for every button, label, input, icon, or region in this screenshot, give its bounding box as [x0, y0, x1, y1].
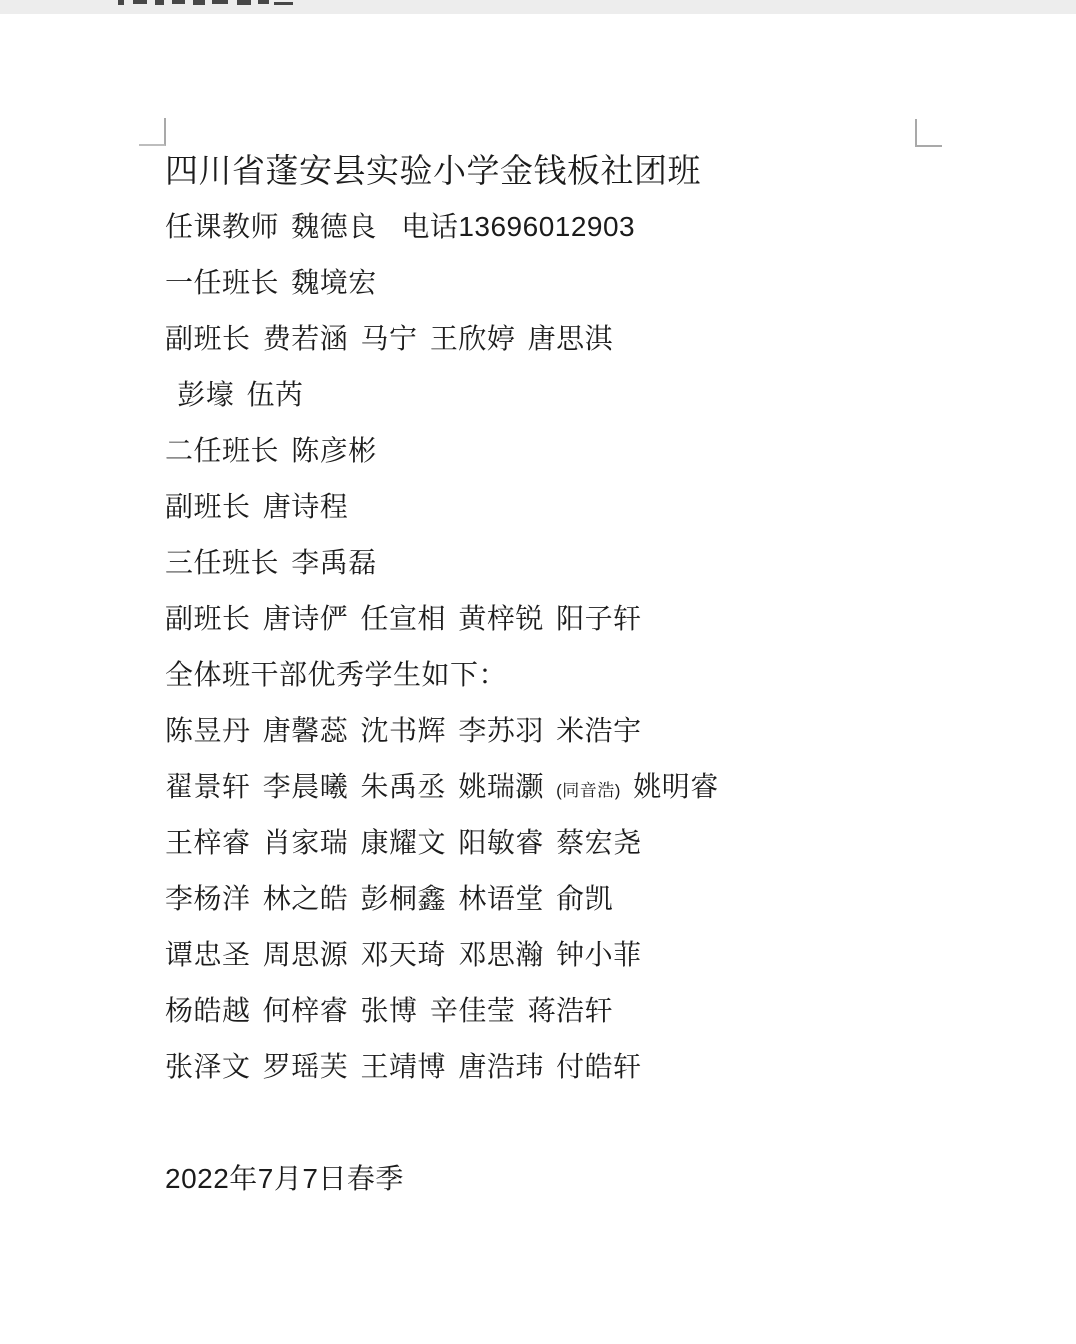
doc-line-heading-students: 全体班干部优秀学生如下： [165, 647, 1016, 703]
doc-line-students-7: 张泽文 罗瑶芙 王靖博 唐浩玮 付皓轩 [165, 1039, 1016, 1095]
doc-line-students-2: 翟景轩 李晨曦 朱禹丞 姚瑞灏 (同音浩) 姚明睿 [165, 759, 1016, 815]
document-content: 四川省蓬安县实验小学金钱板社团班 任课教师 魏德良 电话13696012903 … [165, 143, 1016, 1207]
doc-line-vice-monitors-3: 副班长 唐诗俨 任宣相 黄梓锐 阳子轩 [165, 591, 1016, 647]
doc-line-monitor-1: 一任班长 魏境宏 [165, 255, 1016, 311]
top-toolbar-clipped [0, 0, 1076, 14]
doc-line-teacher: 任课教师 魏德良 电话13696012903 [165, 199, 1016, 255]
doc-line-students-4: 李杨洋 林之皓 彭桐鑫 林语堂 俞凯 [165, 871, 1016, 927]
doc-line-vice-monitors-1: 副班长 费若涵 马宁 王欣婷 唐思淇 [165, 311, 1016, 367]
doc-line-monitor-3: 三任班长 李禹磊 [165, 535, 1016, 591]
doc-line-vice-monitor-2: 副班长 唐诗程 [165, 479, 1016, 535]
homophone-note: (同音浩) [556, 781, 621, 800]
students-2-after: 姚明睿 [621, 771, 719, 802]
doc-line-monitor-2: 二任班长 陈彦彬 [165, 423, 1016, 479]
clipped-text-fragments-icon [0, 0, 1076, 14]
doc-title: 四川省蓬安县实验小学金钱板社团班 [165, 143, 1016, 199]
students-2-before: 翟景轩 李晨曦 朱禹丞 姚瑞灏 [165, 771, 556, 802]
doc-line-students-6: 杨皓越 何梓睿 张博 辛佳莹 蒋浩轩 [165, 983, 1016, 1039]
doc-line-students-3: 王梓睿 肖家瑞 康耀文 阳敏睿 蔡宏尧 [165, 815, 1016, 871]
screen: { "colors": { "text": "#1b1b1b", "topbar… [0, 0, 1076, 1344]
corner-mark-top-left [139, 118, 166, 146]
doc-date: 2022年7月7日春季 [165, 1151, 1016, 1207]
empty-line [165, 1095, 1016, 1151]
doc-line-students-1: 陈昱丹 唐馨蕊 沈书辉 李苏羽 米浩宇 [165, 703, 1016, 759]
doc-line-vice-monitors-1b: 彭壕 伍芮 [165, 367, 1016, 423]
doc-line-students-5: 谭忠圣 周思源 邓天琦 邓思瀚 钟小菲 [165, 927, 1016, 983]
